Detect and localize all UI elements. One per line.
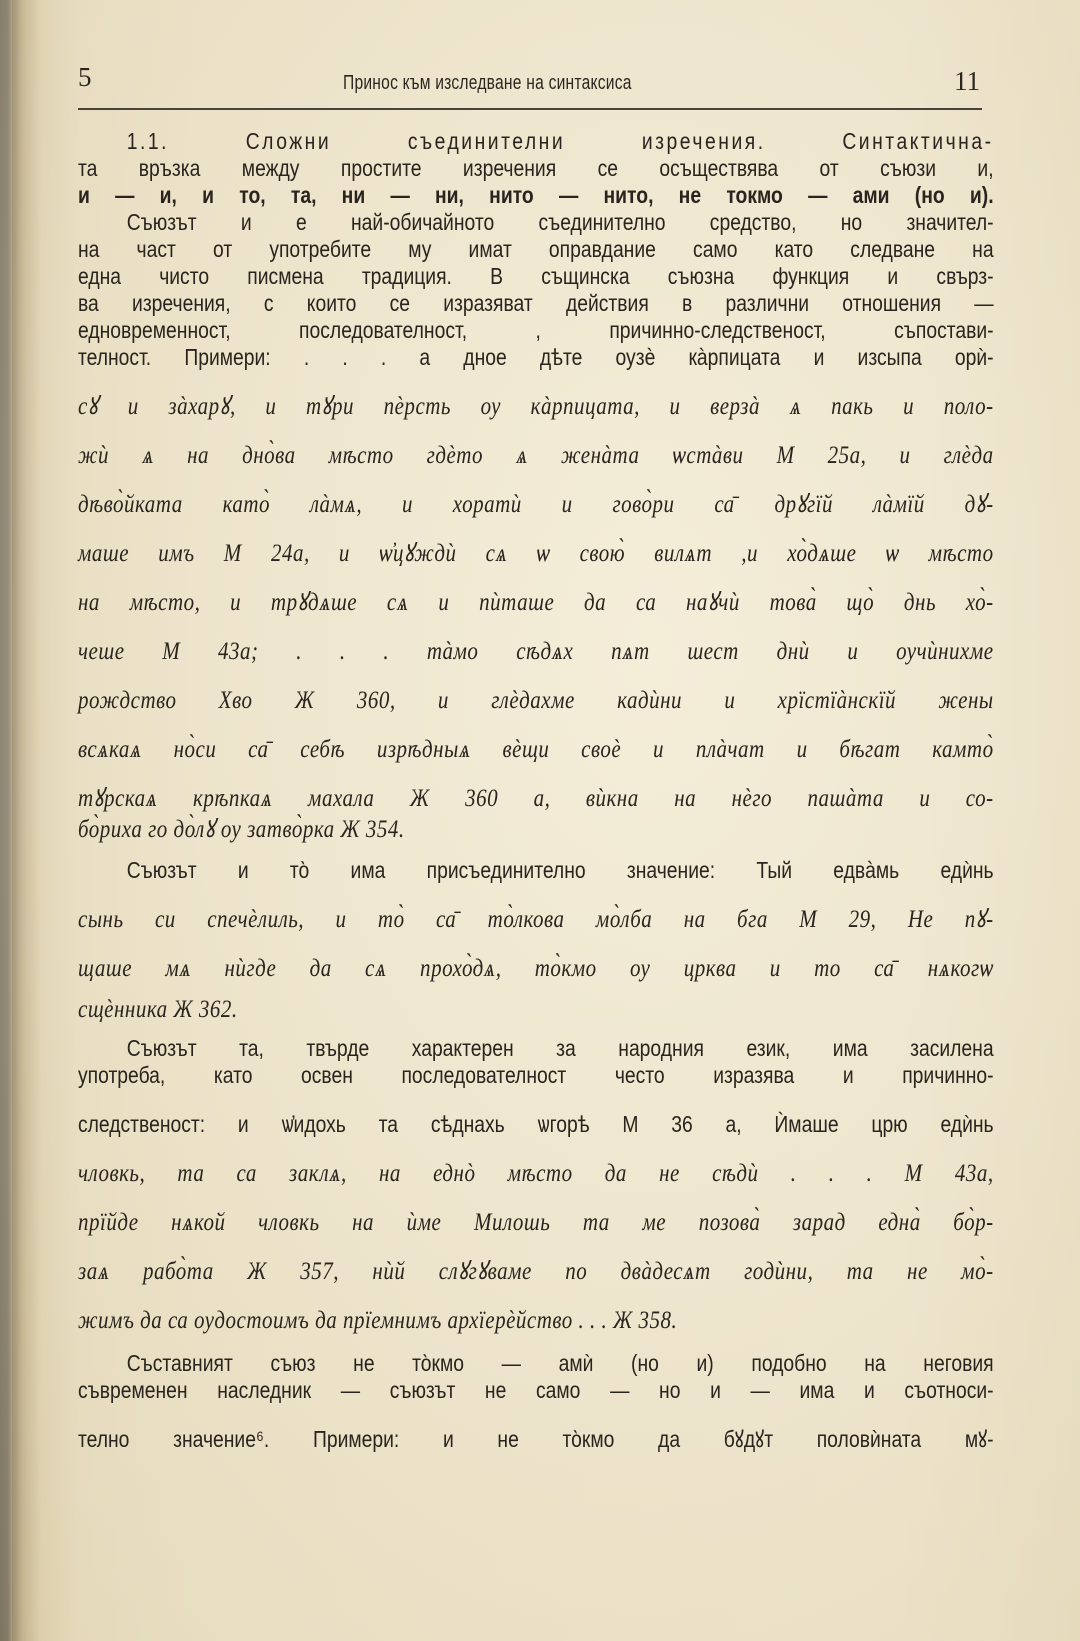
body-text: 1.1. Сложни съединителни изречения. Синт…	[78, 128, 990, 1453]
paragraph-4: Съюзът та, твърде характерен за народния…	[78, 1035, 990, 1334]
paragraph-1: 1.1. Сложни съединителни изречения. Синт…	[78, 128, 990, 209]
example-line: маше имъ М 24а, и ѡ҆цꙋждѝ сѧ ѡ свою̀ вил…	[78, 540, 994, 567]
example-line: бо̀риха го до̀лꙋ оу затво̀рка Ж 354.	[78, 816, 994, 843]
text-line: 1.1. Сложни съединителни изречения. Синт…	[78, 128, 994, 155]
example-line: сꙋ и зàхарꙋ, и тꙋри пѐрсть оу кàрпицата,…	[78, 393, 994, 420]
example-line: жѝ ѧ на дно̀ва мѣсто гдѐто ѧ женàта ѡстà…	[78, 442, 994, 469]
paragraph-5: Съставният съюз не то̀кмо — амѝ (но и) п…	[78, 1350, 990, 1453]
example-line: на мѣсто, и трꙋдѧше сѧ и пѝташе да са на…	[78, 589, 994, 616]
example-line: щаше мѧ нѝгде да сѧ прохо̀дѧ, то̀кмо оу …	[78, 955, 994, 982]
text-line: следственост: и ѡ҆идохь та сѣднахь ѡгорѣ…	[78, 1111, 994, 1138]
text-line: Съюзът и е най-обичайното съединително с…	[78, 209, 994, 236]
paragraph-2: Съюзът и е най-обичайното съединително с…	[78, 209, 990, 843]
text-line: ва изречения, с които се изразяват дейст…	[78, 290, 994, 317]
page-binding-shadow	[12, 0, 42, 1641]
text-line: и — и, и то, та, ни — ни, нито — нито, н…	[78, 182, 994, 209]
text-line: телност. Примери: . . . а дное дѣте оузѐ…	[78, 344, 994, 371]
example-line: чеше М 43а; . . . тàмо сѣдѧх пѧт шест дн…	[78, 638, 994, 665]
text-line: една чисто писмена традиция. В същинска …	[78, 263, 994, 290]
header-rule	[78, 108, 982, 110]
text-line: телно значение⁶. Примери: и не то̀кмо да…	[78, 1426, 994, 1453]
text-line: Съставният съюз не то̀кмо — амѝ (но и) п…	[78, 1350, 994, 1377]
running-header: 5 Принос към изследване на синтаксиса 11	[78, 62, 986, 102]
example-line: рождство Хво Ж 360, и глѐдахме кадѝни и …	[78, 687, 994, 714]
text-line: та връзка между простите изречения се ос…	[78, 155, 994, 182]
text-line: Съюзът та, твърде характерен за народния…	[78, 1035, 994, 1062]
example-line: дѣво̀йката като̀ лàмѧ, и хоратѝ и гово̀р…	[78, 491, 994, 518]
header-left-number: 5	[78, 62, 92, 93]
text-line: Съюзът и то̀ има присъединително значени…	[78, 857, 994, 884]
example-line: всѧкаѧ но̀си са̄ себѣ изрѣдныѧ вѐщи своѐ…	[78, 736, 994, 763]
paragraph-3: Съюзът и то̀ има присъединително значени…	[78, 857, 990, 1023]
example-line: заѧ рабо̀та Ж 357, нѝй слꙋгꙋваме по двàд…	[78, 1258, 994, 1285]
example-line: жимъ да са оудостоимъ да прїемнимъ архїе…	[78, 1307, 994, 1334]
text-line: едновременност, последователност, , прич…	[78, 317, 994, 344]
scanned-book-page: 5 Принос към изследване на синтаксиса 11…	[0, 0, 1080, 1641]
text-line: на част от употребите му имат оправдание…	[78, 236, 994, 263]
page-number: 11	[954, 66, 980, 97]
example-line: прїйде нѧкой чловкь на ѝме Милошь та ме …	[78, 1209, 994, 1236]
running-title: Принос към изследване на синтаксиса	[343, 72, 632, 95]
example-line: сынь си спечѐлиль, и то̀ са̄ то̀лкова мо…	[78, 906, 994, 933]
example-line: сщѐнника Ж 362.	[78, 996, 994, 1023]
text-line: употреба, като освен последователност че…	[78, 1062, 994, 1089]
example-line: чловкь, та са заклѧ, на еднò мѣсто да не…	[78, 1160, 994, 1187]
text-line: съвременен наследник — съюзът не само — …	[78, 1377, 994, 1404]
example-line: тꙋрскаѧ крѣпкаѧ махала Ж 360 а, вѝкна на…	[78, 785, 994, 812]
